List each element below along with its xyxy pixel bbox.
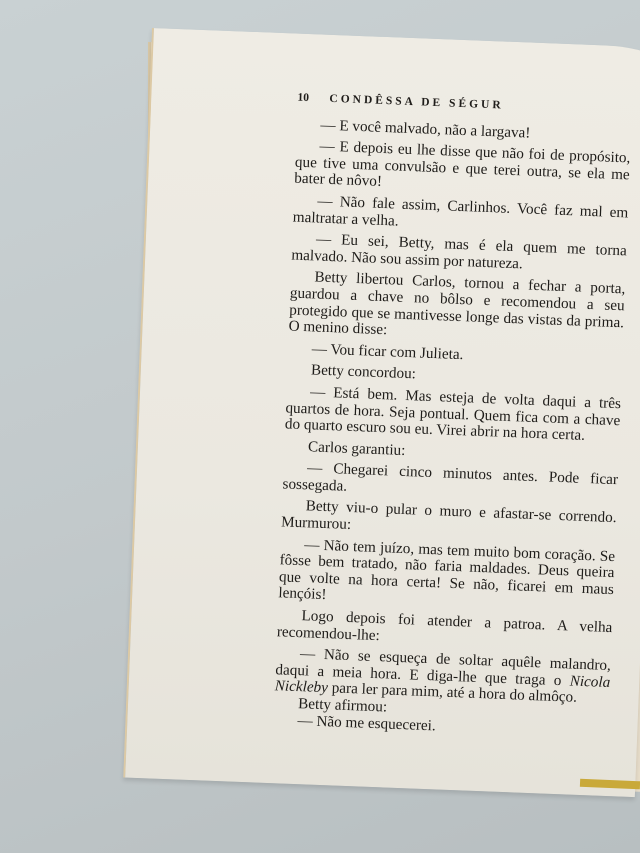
paragraph: Betty libertou Carlos, tornou a fechar a… bbox=[288, 269, 625, 348]
paragraph: — Não tem juízo, mas tem muito bom coraç… bbox=[278, 536, 615, 615]
running-header: 10 CONDÊSSA DE SÉGUR bbox=[297, 90, 632, 119]
paragraph: — Está bem. Mas esteja de volta daqui a … bbox=[285, 383, 622, 446]
page-number: 10 bbox=[297, 90, 330, 108]
running-title: CONDÊSSA DE SÉGUR bbox=[329, 91, 504, 114]
paragraph: — E depois eu lhe disse que não foi de p… bbox=[294, 138, 631, 201]
book-page: 10 CONDÊSSA DE SÉGUR — E você malvado, n… bbox=[123, 28, 640, 797]
page-text: 10 CONDÊSSA DE SÉGUR — E você malvado, n… bbox=[273, 90, 632, 747]
